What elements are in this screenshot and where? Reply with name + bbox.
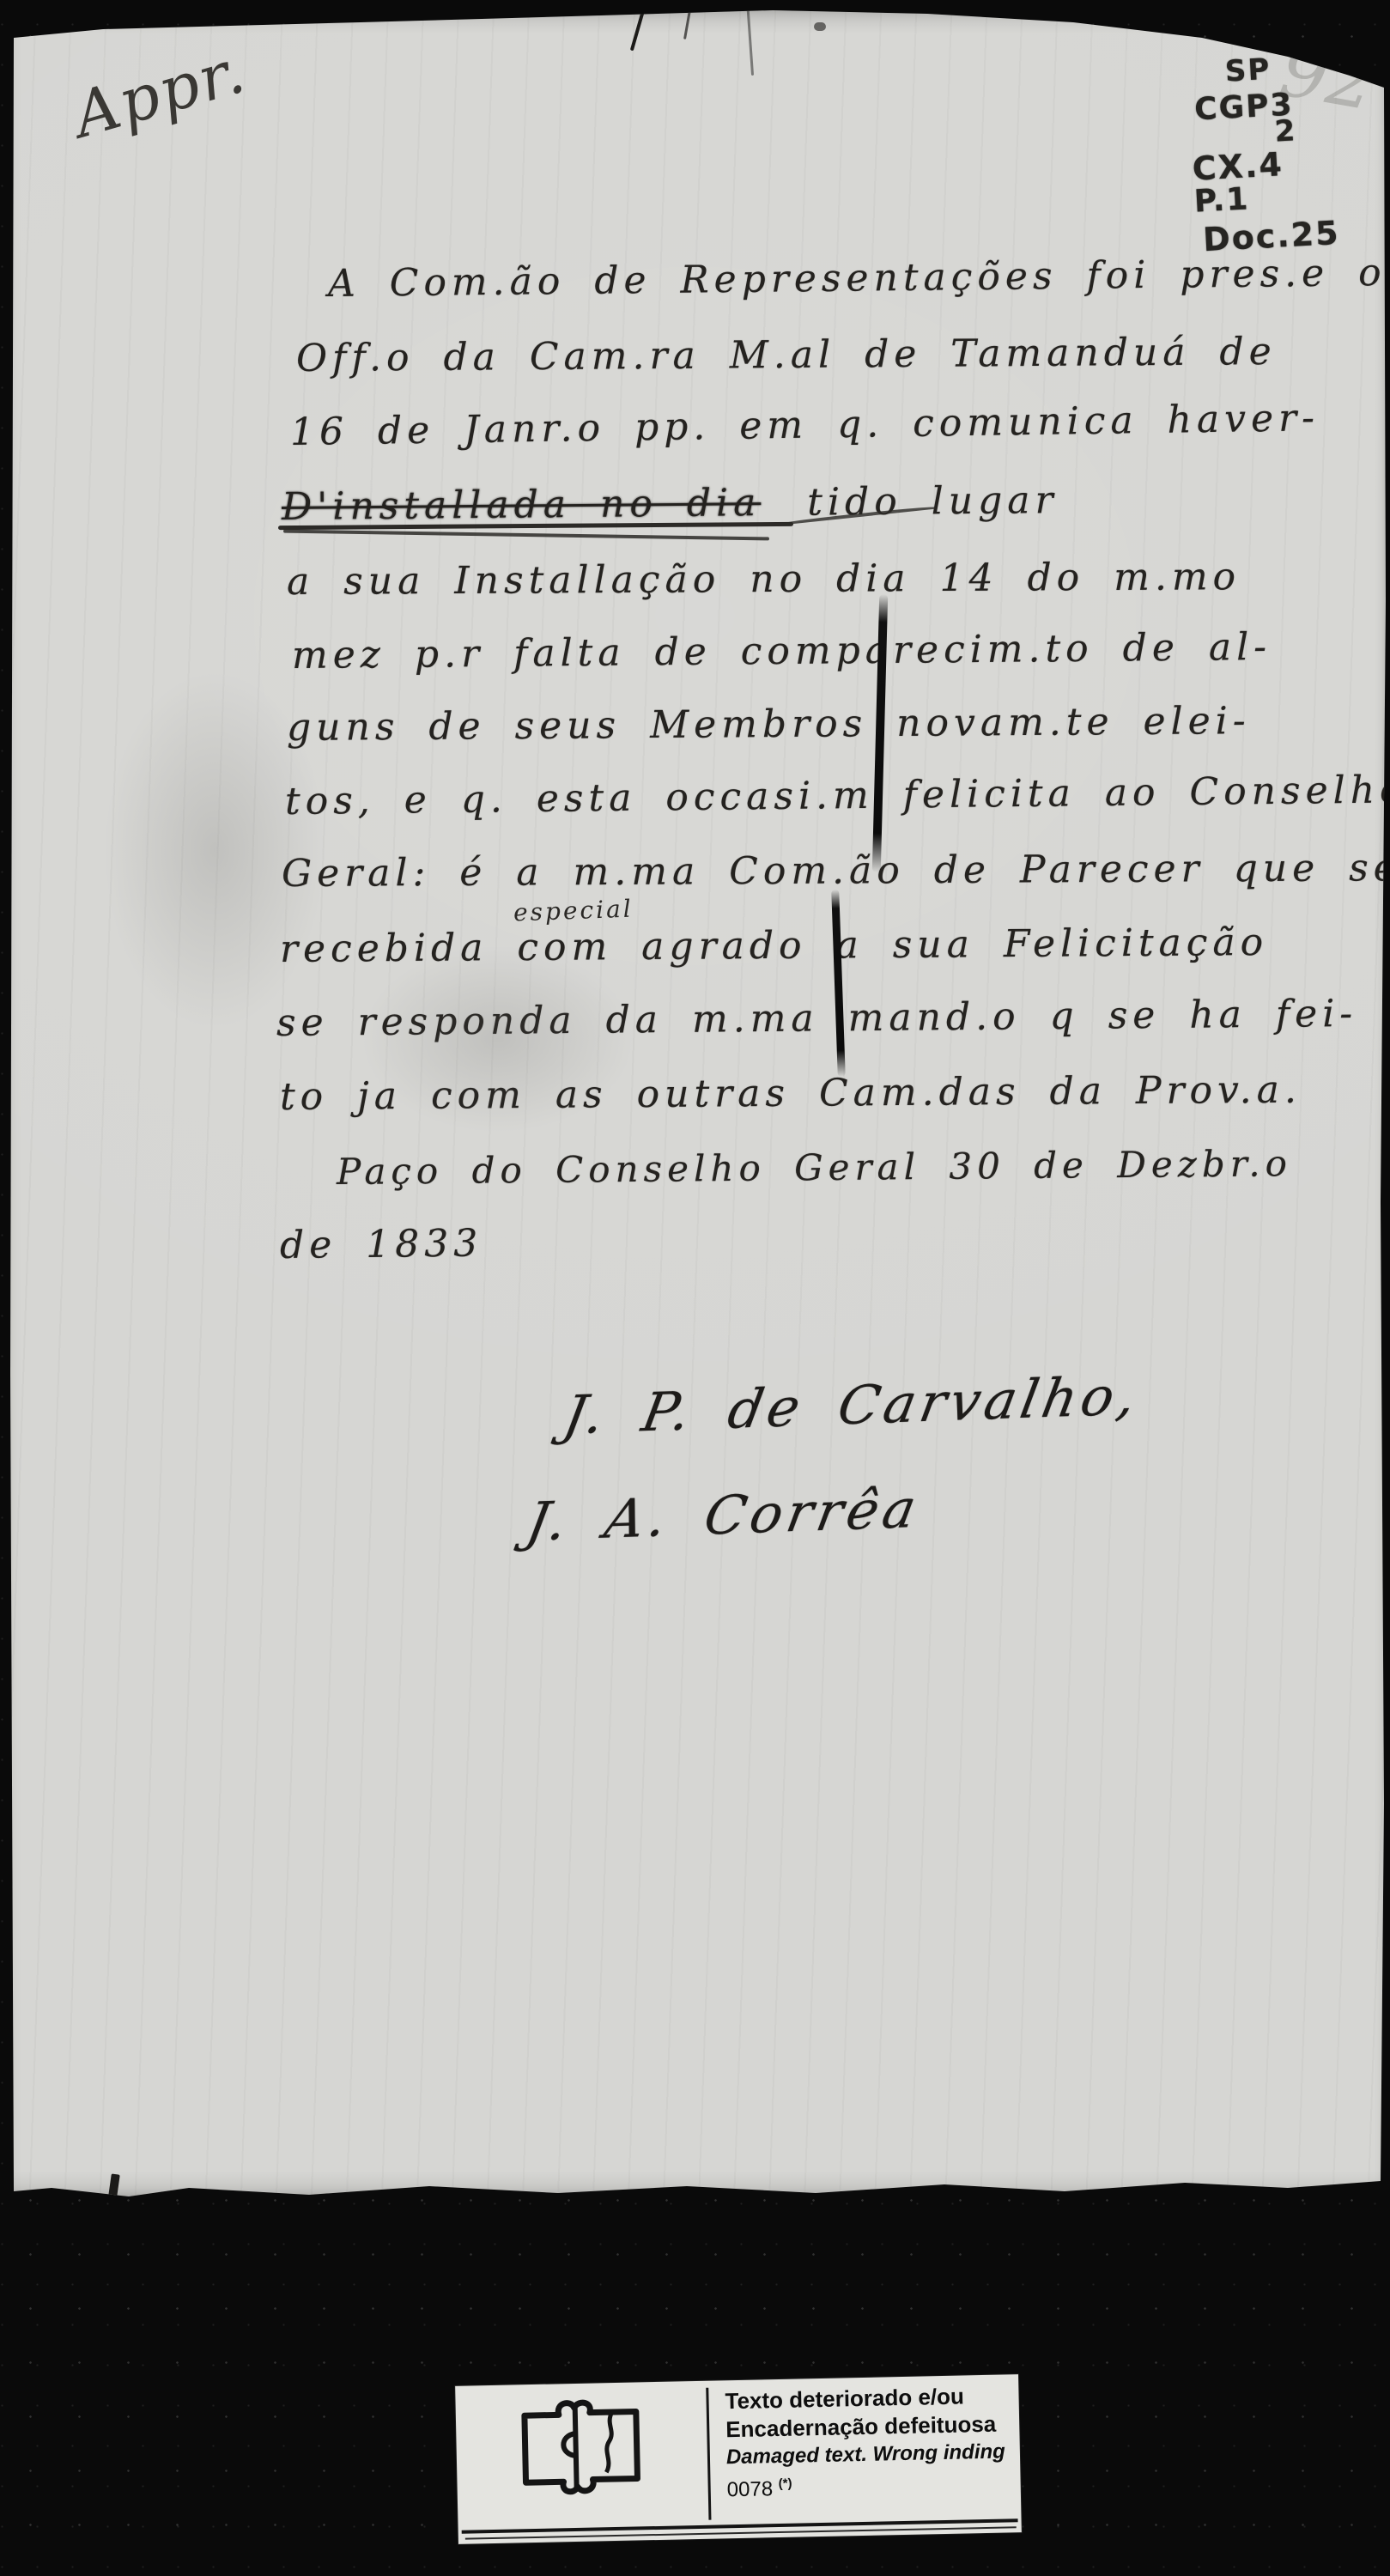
stamp-line: SP — [1224, 46, 1377, 88]
stray-ink-mark — [630, 1, 647, 52]
struck-text: D'installada no dia — [282, 481, 762, 529]
signature: J. A. Corrêa — [522, 1477, 925, 1553]
approval-mark: Appr. — [65, 34, 253, 152]
strike-scribble — [283, 530, 769, 541]
stray-ink-mark — [814, 22, 826, 31]
page-edge-notch — [108, 2173, 120, 2196]
manuscript-line: guns de seus Membros novam.te elei- — [287, 699, 1251, 750]
stray-ink-mark — [746, 0, 754, 76]
stray-ink-mark — [683, 0, 693, 39]
manuscript-line: A Com.ão de Representações foi pres.e o — [328, 251, 1387, 306]
manuscript-line: D'installada no diatido lugar — [282, 478, 1059, 529]
bleed-through-smudge — [361, 945, 635, 1133]
photo-backdrop: Appr. 92 SP CGP3 2 CX.4 P.1 Doc.25 A Com… — [0, 0, 1390, 2576]
archival-stamp: SP CGP3 2 CX.4 P.1 Doc.25 — [1187, 46, 1386, 258]
manuscript-line: Geral: é a m.ma Com.ão de Parecer que se… — [282, 846, 1390, 896]
conservation-label: Texto deteriorado e/ou Encadernação defe… — [455, 2374, 1022, 2544]
damaged-book-icon — [508, 2392, 653, 2501]
manuscript-line: tos, e q. esta occasi.m felicita ao Cons… — [285, 768, 1390, 823]
manuscript-page: Appr. 92 SP CGP3 2 CX.4 P.1 Doc.25 A Com… — [0, 0, 1390, 2200]
manuscript-line: de 1833 — [280, 1222, 483, 1267]
label-number-note: (*) — [778, 2476, 792, 2491]
manuscript-line: mez p.r falta de comparecim.to de al- — [292, 625, 1272, 677]
manuscript-line: Paço do Conselho Geral 30 de Dezbr.o — [337, 1142, 1292, 1193]
label-text-en: Damaged text. Wrong inding — [726, 2438, 1006, 2471]
manuscript-line: a sua Installação no dia 14 do m.mo — [287, 555, 1241, 604]
manuscript-line: 16 de Janr.o pp. em q. comunica haver- — [290, 396, 1320, 454]
signature: J. P. de Carvalho, — [559, 1364, 1144, 1446]
manuscript-line: Off.o da Cam.ra M.al de Tamanduá de — [296, 330, 1277, 380]
ink-blot — [831, 890, 846, 1077]
label-number-line: 0078 (*) — [726, 2465, 1006, 2504]
label-divider — [706, 2388, 711, 2520]
label-number: 0078 — [726, 2477, 773, 2501]
inserted-word: especial — [513, 895, 634, 927]
bleed-through-smudge — [103, 670, 326, 1030]
